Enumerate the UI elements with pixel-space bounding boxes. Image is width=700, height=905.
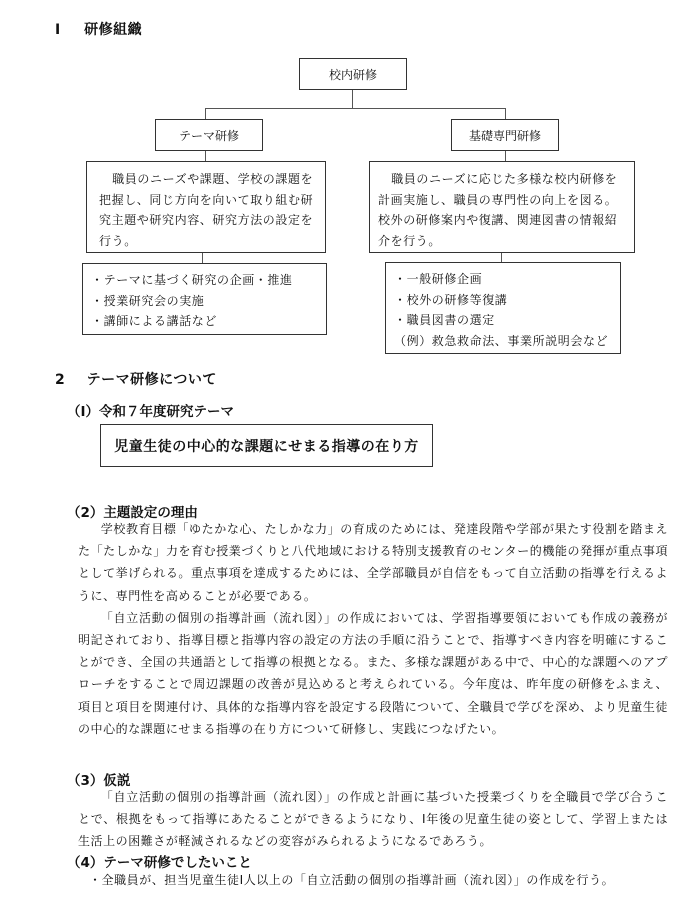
- section-2-heading: 2 テーマ研修について: [55, 369, 217, 389]
- branch-basic-label: 基礎専門研修: [469, 127, 541, 144]
- sub3-body: 「自立活動の個別の指導計画（流れ図）」の作成と計画に基づいた授業づくりを全職員で…: [78, 786, 668, 853]
- branch-theme-label-box: テーマ研修: [155, 119, 263, 151]
- org-root-label: 校内研修: [329, 66, 377, 83]
- list-item: ・テーマに基づく研究の企画・推進: [91, 270, 318, 291]
- connector: [202, 253, 203, 263]
- sub4-heading: （4）テーマ研修でしたいこと: [67, 851, 252, 871]
- paragraph: 「自立活動の個別の指導計画（流れ図）」の作成においては、学習指導要領においても作…: [78, 607, 668, 740]
- branch-theme-items-box: ・テーマに基づく研究の企画・推進 ・授業研究会の実施 ・講師による講話など: [82, 263, 327, 335]
- section-1-heading: I 研修組織: [55, 19, 142, 39]
- sub2-body: 学校教育目標「ゆたかな心、たしかな力」の育成のためには、発達段階や学部が果たす役…: [78, 518, 668, 740]
- branch-theme-description: 職員のニーズや課題、学校の課題を把握し、同じ方向を向いて取り組む研究主題や研究内…: [99, 169, 315, 251]
- section-1-number: I: [55, 22, 61, 38]
- section-1-title: 研修組織: [84, 22, 142, 38]
- branch-basic-description-box: 職員のニーズに応じた多様な校内研修を計画実施し、職員の専門性の向上を図る。校外の…: [369, 161, 635, 253]
- branch-theme-label: テーマ研修: [179, 127, 239, 144]
- connector: [352, 90, 353, 108]
- sub4-list: ・全職員が、担当児童生徒I人以上の「自立活動の個別の指導計画（流れ図）」の作成を…: [89, 871, 614, 888]
- list-item: ・職員図書の選定: [394, 310, 612, 331]
- list-item: ・授業研究会の実施: [91, 291, 318, 312]
- branch-basic-items-box: ・一般研修企画 ・校外の研修等復講 ・職員図書の選定 （例）救急救命法、事業所説…: [385, 262, 621, 354]
- sub1-heading: （I）令和７年度研究テーマ: [67, 400, 234, 420]
- research-theme-box: 児童生徒の中心的な課題にせまる指導の在り方: [100, 424, 433, 467]
- paragraph: 「自立活動の個別の指導計画（流れ図）」の作成と計画に基づいた授業づくりを全職員で…: [78, 786, 668, 853]
- list-item: ・講師による講話など: [91, 311, 318, 332]
- connector: [205, 108, 506, 109]
- list-item: ・全職員が、担当児童生徒I人以上の「自立活動の個別の指導計画（流れ図）」の作成を…: [89, 871, 614, 888]
- list-item: ・一般研修企画: [394, 269, 612, 290]
- branch-basic-description: 職員のニーズに応じた多様な校内研修を計画実施し、職員の専門性の向上を図る。校外の…: [378, 169, 624, 251]
- research-theme: 児童生徒の中心的な課題にせまる指導の在り方: [114, 436, 419, 456]
- section-2-title: テーマ研修について: [87, 372, 217, 388]
- list-item: （例）救急救命法、事業所説明会など: [394, 331, 612, 352]
- section-2-number: 2: [55, 372, 65, 388]
- branch-basic-label-box: 基礎専門研修: [451, 119, 559, 151]
- list-item: ・校外の研修等復講: [394, 290, 612, 311]
- paragraph: 学校教育目標「ゆたかな心、たしかな力」の育成のためには、発達段階や学部が果たす役…: [78, 518, 668, 607]
- branch-theme-description-box: 職員のニーズや課題、学校の課題を把握し、同じ方向を向いて取り組む研究主題や研究内…: [86, 161, 326, 253]
- org-root-box: 校内研修: [299, 58, 407, 90]
